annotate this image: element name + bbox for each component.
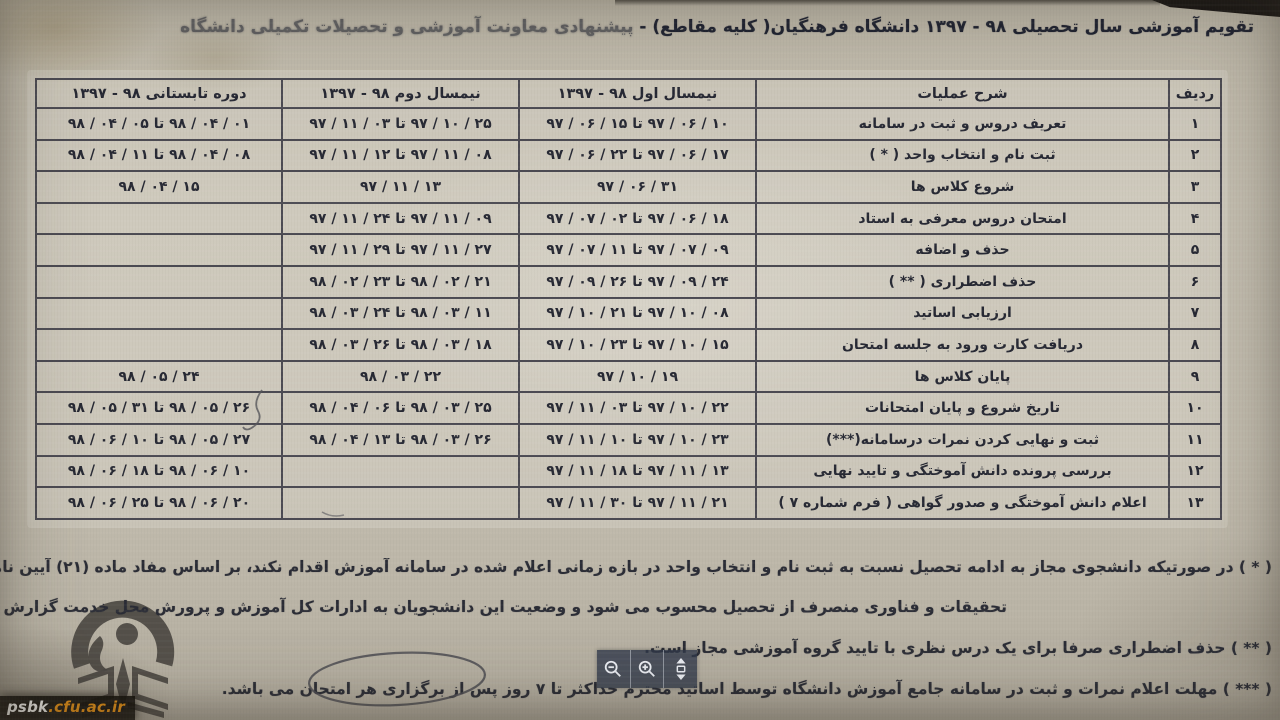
cell-operation-r9: پایان کلاس ها [756, 361, 1169, 393]
footnote-1-line-2: تحقیقات و فناوری منصرف از تحصیل محسوب می… [0, 598, 1007, 616]
cell-semester-1-r10: ۹۷ / ۱۰ / ۲۲ تا ۹۷ / ۱۱ / ۰۳ [519, 392, 756, 424]
cell-semester-2-r8: ۹۸ / ۰۳ / ۱۸ تا ۹۸ / ۰۳ / ۲۶ [282, 329, 519, 361]
table-row: ۷ارزیابی اساتید۹۷ / ۱۰ / ۰۸ تا ۹۷ / ۱۰ /… [36, 298, 1221, 330]
column-header-operation: شرح عملیات [756, 79, 1169, 108]
column-header-semester-1: نیمسال اول ۹۸ - ۱۳۹۷ [519, 79, 756, 108]
table-row: ۱۲بررسی پرونده دانش آموختگی و تایید نهای… [36, 456, 1221, 488]
cell-row-number-r8: ۸ [1169, 329, 1221, 361]
photo-edge-shadow [615, 0, 1160, 6]
table-row: ۸دریافت کارت ورود به جلسه امتحان۹۷ / ۱۰ … [36, 329, 1221, 361]
cell-row-number-r13: ۱۳ [1169, 487, 1221, 519]
cell-summer-term-r11: ۹۸ / ۰۵ / ۲۷ تا ۹۸ / ۰۶ / ۱۰ [36, 424, 282, 456]
cell-semester-2-r13 [282, 487, 519, 519]
cell-summer-term-r5 [36, 234, 282, 266]
cell-operation-r8: دریافت کارت ورود به جلسه امتحان [756, 329, 1169, 361]
cell-row-number-r12: ۱۲ [1169, 456, 1221, 488]
table-row: ۳شروع کلاس ها۹۷ / ۰۶ / ۳۱۹۷ / ۱۱ / ۱۳۹۸ … [36, 171, 1221, 203]
cell-summer-term-r12: ۹۸ / ۰۶ / ۱۰ تا ۹۸ / ۰۶ / ۱۸ [36, 456, 282, 488]
cell-semester-1-r11: ۹۷ / ۱۰ / ۲۳ تا ۹۷ / ۱۱ / ۱۰ [519, 424, 756, 456]
cell-operation-r13: اعلام دانش آموختگی و صدور گواهی ( فرم شم… [756, 487, 1169, 519]
cell-operation-r5: حذف و اضافه [756, 234, 1169, 266]
site-watermark: psbk.cfu.ac.ir [0, 696, 135, 720]
cell-semester-2-r12 [282, 456, 519, 488]
column-header-summer-term: دوره تابستانی ۹۸ - ۱۳۹۷ [36, 79, 282, 108]
column-header-row-number: ردیف [1169, 79, 1221, 108]
pan-vertical-button[interactable] [663, 650, 697, 688]
watermark-domain: .cfu.ac.ir [48, 698, 125, 716]
cell-summer-term-r10: ۹۸ / ۰۵ / ۲۶ تا ۹۸ / ۰۵ / ۳۱ [36, 392, 282, 424]
cell-semester-1-r13: ۹۷ / ۱۱ / ۲۱ تا ۹۷ / ۱۱ / ۳۰ [519, 487, 756, 519]
cell-summer-term-r9: ۹۸ / ۰۵ / ۲۴ [36, 361, 282, 393]
cell-row-number-r2: ۲ [1169, 140, 1221, 172]
zoom-in-button[interactable] [630, 650, 664, 688]
cell-row-number-r4: ۴ [1169, 203, 1221, 235]
cell-operation-r12: بررسی پرونده دانش آموختگی و تایید نهایی [756, 456, 1169, 488]
viewer-toolbar [597, 650, 697, 688]
cell-operation-r4: امتحان دروس معرفی به استاد [756, 203, 1169, 235]
calendar-table-container: ردیفشرح عملیاتنیمسال اول ۹۸ - ۱۳۹۷نیمسال… [35, 78, 1220, 520]
cell-semester-1-r1: ۹۷ / ۰۶ / ۱۰ تا ۹۷ / ۰۶ / ۱۵ [519, 108, 756, 140]
cell-semester-2-r5: ۹۷ / ۱۱ / ۲۷ تا ۹۷ / ۱۱ / ۲۹ [282, 234, 519, 266]
scanned-document-page: تقویم آموزشی سال تحصیلی ۹۸ - ۱۳۹۷ دانشگا… [0, 0, 1280, 720]
header-row: ردیفشرح عملیاتنیمسال اول ۹۸ - ۱۳۹۷نیمسال… [36, 79, 1221, 108]
table-row: ۵حذف و اضافه۹۷ / ۰۷ / ۰۹ تا ۹۷ / ۰۷ / ۱۱… [36, 234, 1221, 266]
table-row: ۴امتحان دروس معرفی به استاد۹۷ / ۰۶ / ۱۸ … [36, 203, 1221, 235]
cell-operation-r2: ثبت نام و انتخاب واحد ( * ) [756, 140, 1169, 172]
cell-operation-r10: تاریخ شروع و پایان امتحانات [756, 392, 1169, 424]
cell-summer-term-r4 [36, 203, 282, 235]
cell-semester-1-r9: ۹۷ / ۱۰ / ۱۹ [519, 361, 756, 393]
cell-semester-1-r12: ۹۷ / ۱۱ / ۱۳ تا ۹۷ / ۱۱ / ۱۸ [519, 456, 756, 488]
cell-operation-r6: حذف اضطراری ( ** ) [756, 266, 1169, 298]
cell-row-number-r3: ۳ [1169, 171, 1221, 203]
cell-row-number-r6: ۶ [1169, 266, 1221, 298]
watermark-prefix: psbk [7, 698, 48, 716]
cell-summer-term-r2: ۹۸ / ۰۴ / ۰۸ تا ۹۸ / ۰۴ / ۱۱ [36, 140, 282, 172]
footnote-1-line-1: ( * ) در صورتیکه دانشجوی مجاز به ادامه ت… [0, 558, 1272, 576]
table-row: ۹پایان کلاس ها۹۷ / ۱۰ / ۱۹۹۸ / ۰۳ / ۲۲۹۸… [36, 361, 1221, 393]
cell-semester-1-r8: ۹۷ / ۱۰ / ۱۵ تا ۹۷ / ۱۰ / ۲۳ [519, 329, 756, 361]
cell-row-number-r7: ۷ [1169, 298, 1221, 330]
logo-flame [88, 636, 108, 672]
cell-summer-term-r6 [36, 266, 282, 298]
logo-book-right [132, 666, 168, 710]
table-row: ۱تعریف دروس و ثبت در سامانه۹۷ / ۰۶ / ۱۰ … [36, 108, 1221, 140]
table-row: ۲ثبت نام و انتخاب واحد ( * )۹۷ / ۰۶ / ۱۷… [36, 140, 1221, 172]
cell-row-number-r9: ۹ [1169, 361, 1221, 393]
column-header-semester-2: نیمسال دوم ۹۸ - ۱۳۹۷ [282, 79, 519, 108]
cell-summer-term-r7 [36, 298, 282, 330]
cell-operation-r7: ارزیابی اساتید [756, 298, 1169, 330]
footnote-2: ( ** ) حذف اضطراری صرفا برای یک درس نظری… [644, 639, 1272, 657]
calendar-table-head: ردیفشرح عملیاتنیمسال اول ۹۸ - ۱۳۹۷نیمسال… [36, 79, 1221, 108]
cell-summer-term-r3: ۹۸ / ۰۴ / ۱۵ [36, 171, 282, 203]
document-title: تقویم آموزشی سال تحصیلی ۹۸ - ۱۳۹۷ دانشگا… [180, 17, 1254, 37]
pan-vertical-icon [672, 658, 690, 680]
cell-semester-2-r3: ۹۷ / ۱۱ / ۱۳ [282, 171, 519, 203]
table-row: ۶حذف اضطراری ( ** )۹۷ / ۰۹ / ۲۴ تا ۹۷ / … [36, 266, 1221, 298]
cell-semester-2-r9: ۹۸ / ۰۳ / ۲۲ [282, 361, 519, 393]
cell-row-number-r10: ۱۰ [1169, 392, 1221, 424]
footnote-3: ( *** ) مهلت اعلام نمرات و ثبت در سامانه… [222, 680, 1272, 698]
zoom-in-icon [637, 659, 657, 679]
cell-row-number-r1: ۱ [1169, 108, 1221, 140]
zoom-out-icon [603, 659, 623, 679]
cell-summer-term-r13: ۹۸ / ۰۶ / ۲۰ تا ۹۸ / ۰۶ / ۲۵ [36, 487, 282, 519]
cell-semester-1-r6: ۹۷ / ۰۹ / ۲۴ تا ۹۷ / ۰۹ / ۲۶ [519, 266, 756, 298]
cell-semester-1-r5: ۹۷ / ۰۷ / ۰۹ تا ۹۷ / ۰۷ / ۱۱ [519, 234, 756, 266]
cell-semester-1-r2: ۹۷ / ۰۶ / ۱۷ تا ۹۷ / ۰۶ / ۲۲ [519, 140, 756, 172]
logo-dot [116, 623, 138, 645]
cell-semester-1-r3: ۹۷ / ۰۶ / ۳۱ [519, 171, 756, 203]
pen-circle-annotation [308, 648, 486, 709]
calendar-table: ردیفشرح عملیاتنیمسال اول ۹۸ - ۱۳۹۷نیمسال… [35, 78, 1222, 520]
cell-semester-1-r7: ۹۷ / ۱۰ / ۰۸ تا ۹۷ / ۱۰ / ۲۱ [519, 298, 756, 330]
cell-semester-2-r2: ۹۷ / ۱۱ / ۰۸ تا ۹۷ / ۱۱ / ۱۲ [282, 140, 519, 172]
cell-summer-term-r1: ۹۸ / ۰۴ / ۰۱ تا ۹۸ / ۰۴ / ۰۵ [36, 108, 282, 140]
cell-semester-2-r7: ۹۸ / ۰۳ / ۱۱ تا ۹۸ / ۰۳ / ۲۴ [282, 298, 519, 330]
calendar-table-body: ۱تعریف دروس و ثبت در سامانه۹۷ / ۰۶ / ۱۰ … [36, 108, 1221, 519]
document-title-suffix: پیشنهادی معاونت آموزشی و تحصیلات تکمیلی … [180, 17, 633, 37]
cell-operation-r1: تعریف دروس و ثبت در سامانه [756, 108, 1169, 140]
cell-operation-r3: شروع کلاس ها [756, 171, 1169, 203]
cell-operation-r11: ثبت و نهایی کردن نمرات درسامانه(***) [756, 424, 1169, 456]
cell-semester-2-r1: ۹۷ / ۱۰ / ۲۵ تا ۹۷ / ۱۱ / ۰۳ [282, 108, 519, 140]
cell-semester-1-r4: ۹۷ / ۰۶ / ۱۸ تا ۹۷ / ۰۷ / ۰۲ [519, 203, 756, 235]
cell-semester-2-r11: ۹۸ / ۰۳ / ۲۶ تا ۹۸ / ۰۴ / ۱۳ [282, 424, 519, 456]
cell-semester-2-r6: ۹۸ / ۰۲ / ۲۱ تا ۹۸ / ۰۲ / ۲۳ [282, 266, 519, 298]
table-row: ۱۳اعلام دانش آموختگی و صدور گواهی ( فرم … [36, 487, 1221, 519]
zoom-out-button[interactable] [597, 650, 630, 688]
photo-dark-corner [1152, 0, 1280, 17]
cell-row-number-r5: ۵ [1169, 234, 1221, 266]
document-title-main: تقویم آموزشی سال تحصیلی ۹۸ - ۱۳۹۷ دانشگا… [633, 17, 1254, 37]
cell-semester-2-r10: ۹۸ / ۰۳ / ۲۵ تا ۹۸ / ۰۴ / ۰۶ [282, 392, 519, 424]
cell-row-number-r11: ۱۱ [1169, 424, 1221, 456]
table-row: ۱۰تاریخ شروع و پایان امتحانات۹۷ / ۱۰ / ۲… [36, 392, 1221, 424]
table-row: ۱۱ثبت و نهایی کردن نمرات درسامانه(***)۹۷… [36, 424, 1221, 456]
cell-semester-2-r4: ۹۷ / ۱۱ / ۰۹ تا ۹۷ / ۱۱ / ۲۴ [282, 203, 519, 235]
cell-summer-term-r8 [36, 329, 282, 361]
